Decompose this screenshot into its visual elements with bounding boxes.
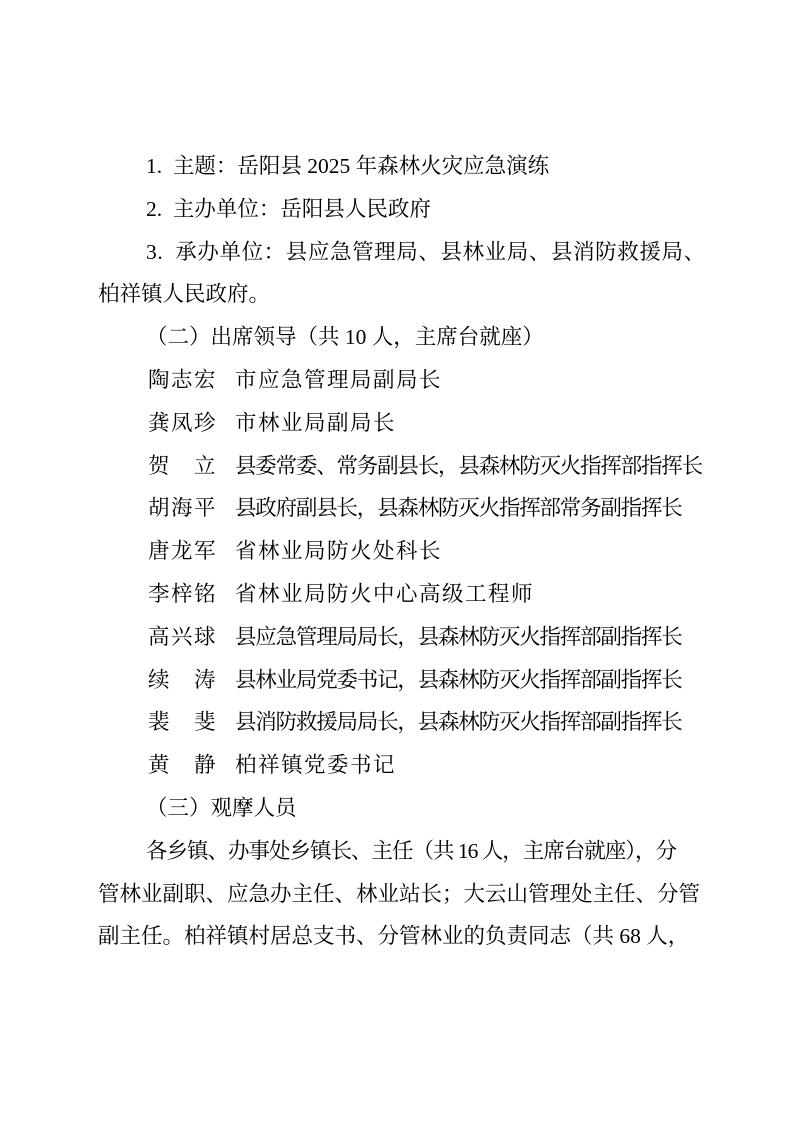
numbered-item: 1. 主题：岳阳县 2025 年森林火灾应急演练 (98, 145, 706, 188)
paragraph-line: 柏祥镇人民政府。 (98, 273, 706, 316)
attendee-row: 李梓铭省林业局防火中心高级工程师 (98, 573, 706, 616)
attendee-title: 柏祥镇党委书记 (235, 753, 396, 777)
attendee-name: 陶志宏 (148, 359, 218, 402)
numbered-item: 3. 承办单位：县应急管理局、县林业局、县消防救援局、 (98, 231, 706, 274)
attendee-title: 省林业局防火中心高级工程师 (235, 582, 534, 606)
attendee-title: 市林业局副局长 (235, 411, 396, 435)
paragraph-line: 副主任。柏祥镇村居总支书、分管林业的负责同志（共 68 人， (98, 915, 706, 958)
attendee-row: 龚凤珍市林业局副局长 (98, 402, 706, 445)
attendee-title: 市应急管理局副局长 (235, 368, 442, 392)
attendee-row: 高兴球县应急管理局局长，县森林防灭火指挥部副指挥长 (98, 616, 706, 659)
attendee-name: 高兴球 (148, 616, 218, 659)
attendee-name: 裴 斐 (148, 701, 218, 744)
attendee-title: 县委常委、常务副县长，县森林防灭火指挥部指挥长 (235, 454, 702, 478)
section-heading: （二）出席领导（共 10 人，主席台就座） (98, 316, 706, 359)
attendee-name: 唐龙军 (148, 530, 218, 573)
attendee-title: 县林业局党委书记，县森林防灭火指挥部副指挥长 (235, 668, 682, 692)
attendee-name: 黄 静 (148, 744, 218, 787)
attendee-title: 县政府副县长，县森林防灭火指挥部常务副指挥长 (235, 496, 682, 520)
numbered-item: 2. 主办单位：岳阳县人民政府 (98, 188, 706, 231)
attendee-row: 裴 斐县消防救援局局长，县森林防灭火指挥部副指挥长 (98, 701, 706, 744)
paragraph-line: 各乡镇、办事处乡镇长、主任（共 16 人，主席台就座），分 (98, 830, 706, 873)
attendee-row: 续 涛县林业局党委书记，县森林防灭火指挥部副指挥长 (98, 659, 706, 702)
document-page: 1. 主题：岳阳县 2025 年森林火灾应急演练2. 主办单位：岳阳县人民政府3… (0, 0, 793, 1122)
attendee-row: 贺 立县委常委、常务副县长，县森林防灭火指挥部指挥长 (98, 445, 706, 488)
attendee-title: 县消防救援局局长，县森林防灭火指挥部副指挥长 (235, 710, 682, 734)
attendee-title: 县应急管理局局长，县森林防灭火指挥部副指挥长 (235, 625, 682, 649)
document-body: 1. 主题：岳阳县 2025 年森林火灾应急演练2. 主办单位：岳阳县人民政府3… (98, 145, 706, 958)
attendee-name: 胡海平 (148, 487, 218, 530)
attendee-name: 续 涛 (148, 659, 218, 702)
attendee-row: 胡海平县政府副县长，县森林防灭火指挥部常务副指挥长 (98, 487, 706, 530)
attendee-row: 黄 静柏祥镇党委书记 (98, 744, 706, 787)
attendee-row: 唐龙军省林业局防火处科长 (98, 530, 706, 573)
attendee-row: 陶志宏市应急管理局副局长 (98, 359, 706, 402)
attendee-name: 龚凤珍 (148, 402, 218, 445)
attendee-title: 省林业局防火处科长 (235, 539, 442, 563)
paragraph-line: 管林业副职、应急办主任、林业站长；大云山管理处主任、分管 (98, 873, 706, 916)
attendee-name: 李梓铭 (148, 573, 218, 616)
attendee-name: 贺 立 (148, 445, 218, 488)
section-heading: （三）观摩人员 (98, 787, 706, 830)
